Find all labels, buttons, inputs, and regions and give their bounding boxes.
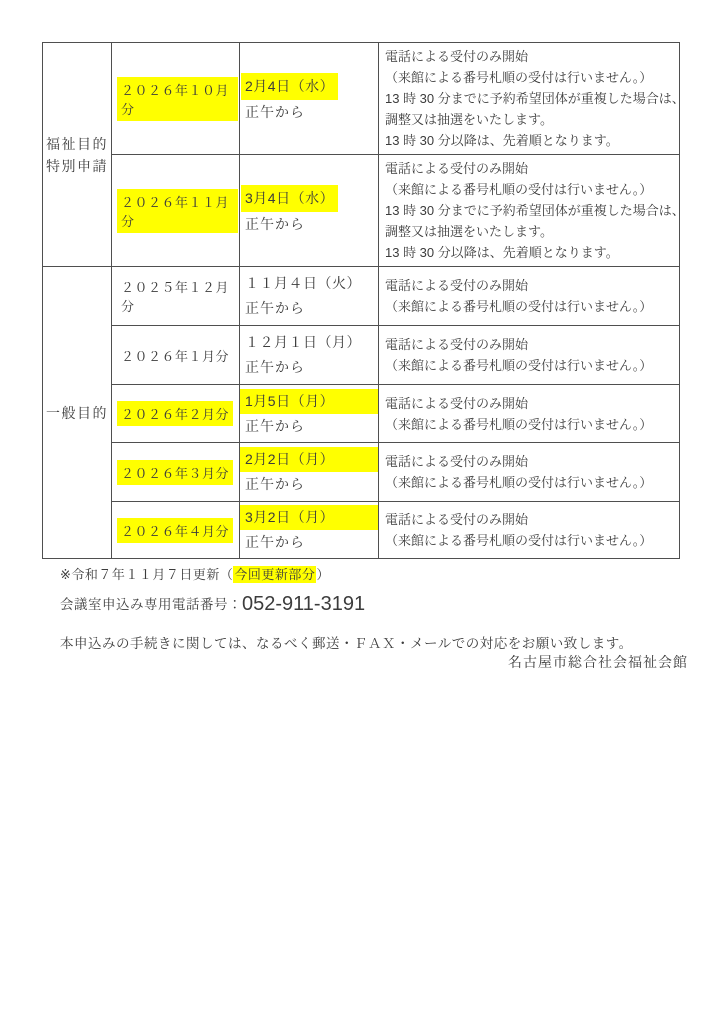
detail-line: 電話による受付のみ開始 bbox=[385, 334, 671, 355]
details-cell: 電話による受付のみ開始 （来館による番号札順の受付は行いません。） 13 時 3… bbox=[379, 43, 680, 155]
month-highlight: ２０２６年２月分 bbox=[117, 401, 233, 426]
time-label: 正午から bbox=[240, 472, 378, 497]
date-cell: 2月2日（月） 正午から bbox=[240, 443, 379, 502]
detail-line: （来館による番号札順の受付は行いません。） bbox=[385, 472, 671, 493]
table-row: ２０２６年４月分 3月2日（月） 正午から 電話による受付のみ開始 （来館による… bbox=[43, 502, 680, 559]
category-label: 福祉目的 bbox=[45, 133, 109, 155]
details-cell: 電話による受付のみ開始 （来館による番号札順の受付は行いません。） 13 時 3… bbox=[379, 155, 680, 267]
date-highlight: 1月5日（月） bbox=[240, 389, 378, 414]
month-highlight: ２０２６年１１月分 bbox=[117, 189, 238, 233]
detail-line: 13 時 30 分以降は、先着順となります。 bbox=[385, 242, 671, 263]
detail-line: 調整又は抽選をいたします。 bbox=[385, 221, 671, 242]
date-highlight: 3月2日（月） bbox=[240, 505, 378, 530]
request-note: 本申込みの手続きに関しては、なるべく郵送・ＦＡＸ・メールでの対応をお願い致します… bbox=[60, 632, 633, 652]
detail-line: 電話による受付のみ開始 bbox=[385, 393, 671, 414]
month-cell: ２０２６年１０月分 bbox=[112, 43, 240, 155]
category-label: 一般目的 bbox=[45, 402, 109, 424]
date-highlight: 3月4日（水） bbox=[241, 185, 338, 212]
date-line: １２月１日（月） bbox=[240, 330, 378, 355]
category-cell-fukushi: 福祉目的 特別申請 bbox=[43, 43, 112, 267]
date-cell: 3月2日（月） 正午から bbox=[240, 502, 379, 559]
update-note: ※令和７年１１月７日更新（今回更新部分） bbox=[60, 564, 330, 583]
time-label: 正午から bbox=[240, 296, 378, 321]
detail-line: （来館による番号札順の受付は行いません。） bbox=[385, 355, 671, 376]
phone-number: 052-911-3191 bbox=[242, 593, 365, 615]
month-cell: ２０２６年４月分 bbox=[112, 502, 240, 559]
phone-line: 会議室申込み専用電話番号：052-911-3191 bbox=[60, 593, 365, 616]
category-cell-ippan: 一般目的 bbox=[43, 267, 112, 559]
detail-line: 電話による受付のみ開始 bbox=[385, 509, 671, 530]
date-cell: 3月4日（水） 正午から bbox=[240, 155, 379, 267]
detail-line: （来館による番号札順の受付は行いません。） bbox=[385, 67, 671, 88]
detail-line: 13 時 30 分までに予約希望団体が重複した場合は、 bbox=[385, 88, 671, 109]
time-label: 正午から bbox=[240, 212, 378, 237]
month-cell: ２０２６年３月分 bbox=[112, 443, 240, 502]
date-line: 2月4日（水） bbox=[240, 73, 378, 100]
document-page: 福祉目的 特別申請 ２０２６年１０月分 2月4日（水） 正午から 電話による受付… bbox=[0, 0, 724, 1024]
detail-line: 13 時 30 分までに予約希望団体が重複した場合は、 bbox=[385, 200, 671, 221]
time-label: 正午から bbox=[240, 100, 378, 125]
table-row: 一般目的 ２０２５年１２月分 １１月４日（火） 正午から 電話による受付のみ開始… bbox=[43, 267, 680, 326]
details-cell: 電話による受付のみ開始 （来館による番号札順の受付は行いません。） bbox=[379, 267, 680, 326]
details-cell: 電話による受付のみ開始 （来館による番号札順の受付は行いません。） bbox=[379, 385, 680, 443]
category-label: 特別申請 bbox=[45, 155, 109, 177]
detail-line: 電話による受付のみ開始 bbox=[385, 275, 671, 296]
table-row: 福祉目的 特別申請 ２０２６年１０月分 2月4日（水） 正午から 電話による受付… bbox=[43, 43, 680, 155]
time-label: 正午から bbox=[240, 355, 378, 380]
details-cell: 電話による受付のみ開始 （来館による番号札順の受付は行いません。） bbox=[379, 326, 680, 385]
month-highlight: ２０２６年３月分 bbox=[117, 460, 233, 485]
update-note-prefix: ※令和７年１１月７日更新（ bbox=[60, 567, 233, 582]
phone-label: 会議室申込み専用電話番号： bbox=[60, 597, 242, 612]
date-line: 3月4日（水） bbox=[240, 185, 378, 212]
detail-line: 電話による受付のみ開始 bbox=[385, 158, 671, 179]
detail-line: 電話による受付のみ開始 bbox=[385, 46, 671, 67]
date-cell: 2月4日（水） 正午から bbox=[240, 43, 379, 155]
detail-line: 13 時 30 分以降は、先着順となります。 bbox=[385, 130, 671, 151]
time-label: 正午から bbox=[240, 530, 378, 555]
table-row: ２０２６年１１月分 3月4日（水） 正午から 電話による受付のみ開始 （来館によ… bbox=[43, 155, 680, 267]
update-highlight: 今回更新部分 bbox=[233, 566, 316, 583]
month-label: ２０２５年１２月分 bbox=[117, 274, 238, 318]
detail-line: 調整又は抽選をいたします。 bbox=[385, 109, 671, 130]
month-highlight: ２０２６年１０月分 bbox=[117, 77, 238, 121]
date-cell: １２月１日（月） 正午から bbox=[240, 326, 379, 385]
month-highlight: ２０２６年４月分 bbox=[117, 518, 233, 543]
month-cell: ２０２６年２月分 bbox=[112, 385, 240, 443]
details-cell: 電話による受付のみ開始 （来館による番号札順の受付は行いません。） bbox=[379, 443, 680, 502]
schedule-table: 福祉目的 特別申請 ２０２６年１０月分 2月4日（水） 正午から 電話による受付… bbox=[42, 42, 680, 559]
table-row: ２０２６年３月分 2月2日（月） 正午から 電話による受付のみ開始 （来館による… bbox=[43, 443, 680, 502]
date-highlight: 2月4日（水） bbox=[241, 73, 338, 100]
details-cell: 電話による受付のみ開始 （来館による番号札順の受付は行いません。） bbox=[379, 502, 680, 559]
month-cell: ２０２６年１月分 bbox=[112, 326, 240, 385]
month-cell: ２０２６年１１月分 bbox=[112, 155, 240, 267]
detail-line: （来館による番号札順の受付は行いません。） bbox=[385, 296, 671, 317]
table-row: ２０２６年２月分 1月5日（月） 正午から 電話による受付のみ開始 （来館による… bbox=[43, 385, 680, 443]
date-cell: １１月４日（火） 正午から bbox=[240, 267, 379, 326]
table-row: ２０２６年１月分 １２月１日（月） 正午から 電話による受付のみ開始 （来館によ… bbox=[43, 326, 680, 385]
date-cell: 1月5日（月） 正午から bbox=[240, 385, 379, 443]
detail-line: （来館による番号札順の受付は行いません。） bbox=[385, 414, 671, 435]
update-note-suffix: ） bbox=[316, 567, 330, 582]
detail-line: （来館による番号札順の受付は行いません。） bbox=[385, 179, 671, 200]
date-highlight: 2月2日（月） bbox=[240, 447, 378, 472]
month-cell: ２０２５年１２月分 bbox=[112, 267, 240, 326]
time-label: 正午から bbox=[240, 414, 378, 439]
month-label: ２０２６年１月分 bbox=[117, 343, 233, 368]
organization-name: 名古屋市総合社会福祉会館 bbox=[60, 652, 688, 672]
date-line: １１月４日（火） bbox=[240, 271, 378, 296]
detail-line: （来館による番号札順の受付は行いません。） bbox=[385, 530, 671, 551]
detail-line: 電話による受付のみ開始 bbox=[385, 451, 671, 472]
